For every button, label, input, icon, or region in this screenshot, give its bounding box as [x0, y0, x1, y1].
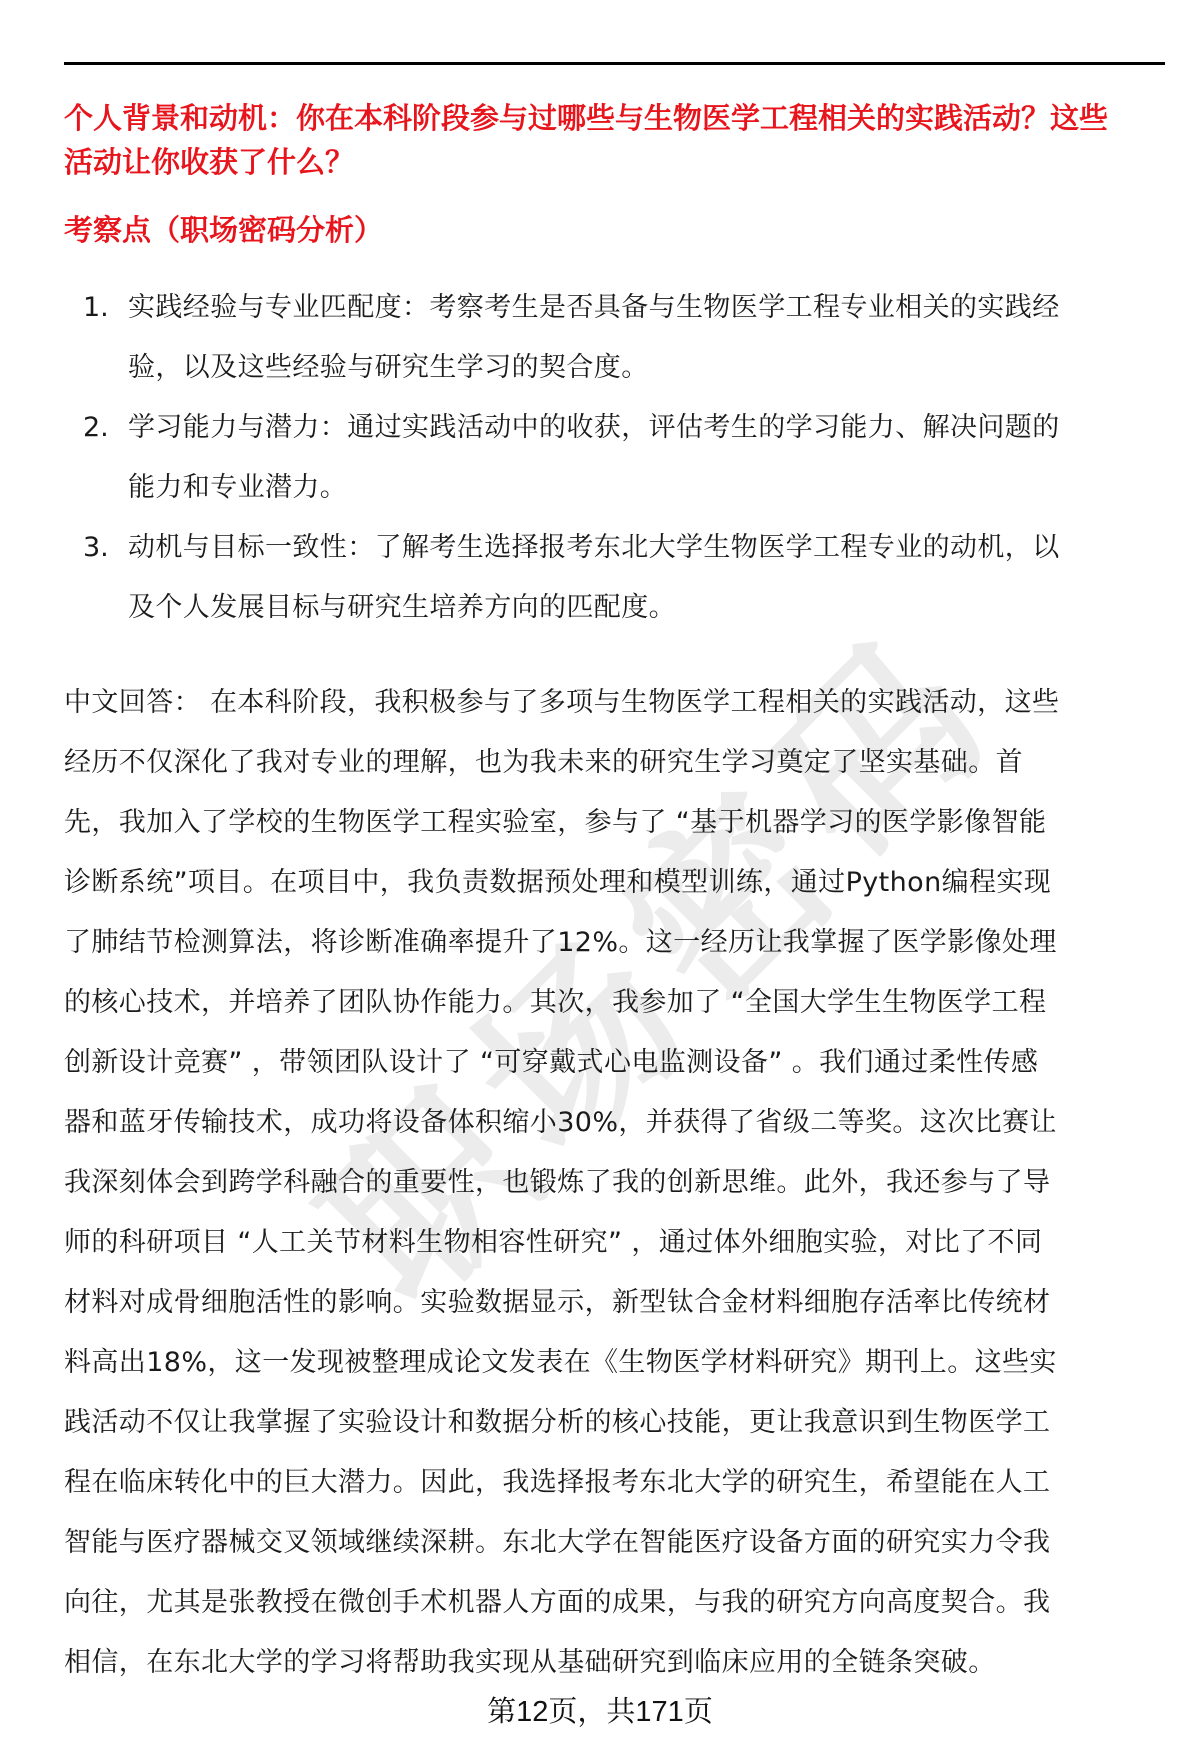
answer-line: 向往，尤其是张教授在微创手术机器人方面的成果，与我的研究方向高度契合。我 — [64, 1573, 1174, 1633]
list-item-number: 2. — [83, 398, 109, 458]
answer-line: 中文回答： 在本科阶段，我积极参与了多项与生物医学工程相关的实践活动，这些 — [64, 673, 1174, 733]
answer-line: 材料对成骨细胞活性的影响。实验数据显示，新型钛合金材料细胞存活率比传统材 — [64, 1273, 1174, 1333]
list-item: 3. 动机与目标一致性：了解考生选择报考东北大学生物医学工程专业的动机，以 及个… — [64, 518, 1174, 638]
answer-line: 的核心技术，并培养了团队协作能力。其次，我参加了 “全国大学生生物医学工程 — [64, 973, 1174, 1033]
question-heading-line: 活动让你收获了什么？ — [64, 140, 1164, 184]
list-item-text: 验，以及这些经验与研究生学习的契合度。 — [64, 338, 1174, 398]
answer-line: 器和蓝牙传输技术，成功将设备体积缩小30%，并获得了省级二等奖。这次比赛让 — [64, 1093, 1174, 1153]
page-number: 第12页，共171页 — [0, 1690, 1200, 1734]
answer-line: 经历不仅深化了我对专业的理解，也为我未来的研究生学习奠定了坚实基础。首 — [64, 733, 1174, 793]
answer-line: 创新设计竞赛” ，带领团队设计了 “可穿戴式心电监测设备” 。我们通过柔性传感 — [64, 1033, 1174, 1093]
list-item-text: 学习能力与潜力：通过实践活动中的收获，评估考生的学习能力、解决问题的 — [64, 398, 1174, 458]
answer-line: 先，我加入了学校的生物医学工程实验室，参与了 “基于机器学习的医学影像智能 — [64, 793, 1174, 853]
answer-line: 我深刻体会到跨学科融合的重要性，也锻炼了我的创新思维。此外，我还参与了导 — [64, 1153, 1174, 1213]
answer-line: 了肺结节检测算法，将诊断准确率提升了12%。这一经历让我掌握了医学影像处理 — [64, 913, 1174, 973]
list-item-text: 能力和专业潜力。 — [64, 458, 1174, 518]
answer-line: 智能与医疗器械交叉领域继续深耕。东北大学在智能医疗设备方面的研究实力令我 — [64, 1513, 1174, 1573]
answer-line: 师的科研项目 “人工关节材料生物相容性研究” ，通过体外细胞实验，对比了不同 — [64, 1213, 1174, 1273]
answer-line: 料高出18%，这一发现被整理成论文发表在《生物医学材料研究》期刊上。这些实 — [64, 1333, 1174, 1393]
list-item-number: 1. — [83, 278, 109, 338]
answer-line: 程在临床转化中的巨大潜力。因此，我选择报考东北大学的研究生，希望能在人工 — [64, 1453, 1174, 1513]
list-item-text: 及个人发展目标与研究生培养方向的匹配度。 — [64, 578, 1174, 638]
answer-paragraph: 中文回答： 在本科阶段，我积极参与了多项与生物医学工程相关的实践活动，这些 经历… — [64, 673, 1174, 1693]
list-item: 2. 学习能力与潜力：通过实践活动中的收获，评估考生的学习能力、解决问题的 能力… — [64, 398, 1174, 518]
answer-line: 践活动不仅让我掌握了实验设计和数据分析的核心技能，更让我意识到生物医学工 — [64, 1393, 1174, 1453]
answer-line: 诊断系统”项目。在项目中，我负责数据预处理和模型训练，通过Python编程实现 — [64, 853, 1174, 913]
list-item-text: 实践经验与专业匹配度：考察考生是否具备与生物医学工程专业相关的实践经 — [64, 278, 1174, 338]
question-heading-line: 个人背景和动机：你在本科阶段参与过哪些与生物医学工程相关的实践活动？这些 — [64, 96, 1164, 140]
list-item-number: 3. — [83, 518, 109, 578]
header-rule — [64, 62, 1165, 65]
list-item-text: 动机与目标一致性：了解考生选择报考东北大学生物医学工程专业的动机，以 — [64, 518, 1174, 578]
assessment-points-list: 1. 实践经验与专业匹配度：考察考生是否具备与生物医学工程专业相关的实践经 验，… — [64, 278, 1174, 638]
section-title: 考察点（职场密码分析） — [64, 208, 1164, 252]
list-item: 1. 实践经验与专业匹配度：考察考生是否具备与生物医学工程专业相关的实践经 验，… — [64, 278, 1174, 398]
answer-line: 相信，在东北大学的学习将帮助我实现从基础研究到临床应用的全链条突破。 — [64, 1633, 1174, 1693]
document-page: 职场密码 个人背景和动机：你在本科阶段参与过哪些与生物医学工程相关的实践活动？这… — [0, 0, 1200, 1755]
question-heading: 个人背景和动机：你在本科阶段参与过哪些与生物医学工程相关的实践活动？这些 活动让… — [64, 96, 1164, 184]
